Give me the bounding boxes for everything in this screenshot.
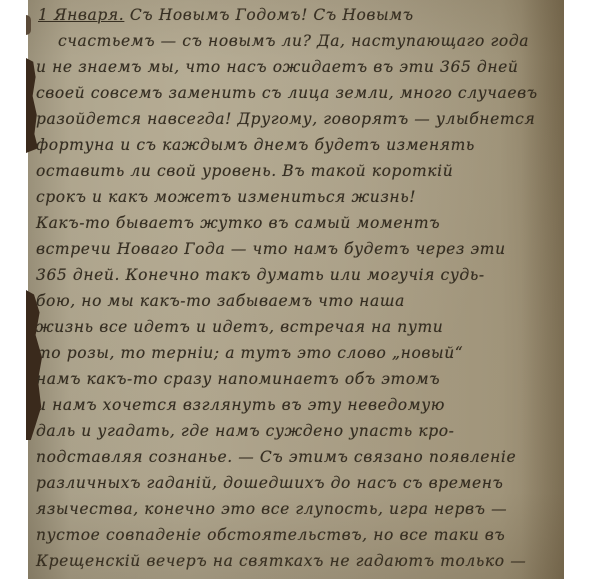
text-line-4: своей совсемъ заменить съ лица земли, мн… [36, 84, 564, 102]
text-line-20: язычества, конечно это все глупость, игр… [36, 500, 564, 518]
text-line-8: срокъ и какъ можетъ измениться жизнь! [36, 188, 564, 206]
text-line-6: фортуна и съ каждымъ днемъ будетъ изменя… [36, 136, 564, 154]
text-line-11: 365 дней. Конечно такъ думать или могучі… [36, 266, 564, 284]
torn-edge-top [26, 15, 31, 35]
text-line-19: различныхъ гаданій, дошедшихъ до насъ съ… [36, 474, 564, 492]
text-line-5: разойдется навсегда! Другому, говорятъ —… [36, 110, 564, 128]
text-line-1: 1 Января. Съ Новымъ Годомъ! Съ Новымъ [38, 6, 564, 24]
text-line-21: пустое совпаденіе обстоятельствъ, но все… [36, 526, 564, 544]
text-line-14: то розы, то терніи; а тутъ это слово „но… [36, 344, 564, 362]
text-line-17: даль и угадать, где намъ суждено упасть … [36, 422, 564, 440]
letter-page: 1 Января. Съ Новымъ Годомъ! Съ Новымъ сч… [28, 0, 564, 579]
text-line-13: жизнь все идетъ и идетъ, встречая на пут… [36, 318, 564, 336]
text-line-18: подставляя сознанье. — Съ этимъ связано … [36, 448, 564, 466]
handwritten-text-block: 1 Января. Съ Новымъ Годомъ! Съ Новымъ сч… [28, 0, 564, 579]
text-line-7: оставить ли свой уровень. Въ такой корот… [36, 162, 564, 180]
text-line-10: встречи Новаго Года — что намъ будетъ че… [36, 240, 564, 258]
text-line-16: и намъ хочется взглянуть въ эту неведому… [36, 396, 564, 414]
letter-date: 1 Января. [38, 6, 124, 24]
text-line-22: Крещенскій вечеръ на святкахъ не гадаютъ… [36, 552, 564, 570]
text-line-15: намъ какъ-то сразу напоминаетъ объ этомъ [36, 370, 564, 388]
text-line-2: счастьемъ — съ новымъ ли? Да, наступающа… [58, 32, 564, 50]
text-line-9: Какъ-то бываетъ жутко въ самый моментъ [36, 214, 564, 232]
text-line-12: бою, но мы какъ-то забываемъ что наша [36, 292, 564, 310]
right-margin [564, 0, 591, 579]
text-line-3: и не знаемъ мы, что насъ ожидаетъ въ эти… [36, 58, 564, 76]
greeting-text: Съ Новымъ Годомъ! Съ Новымъ [124, 6, 413, 24]
